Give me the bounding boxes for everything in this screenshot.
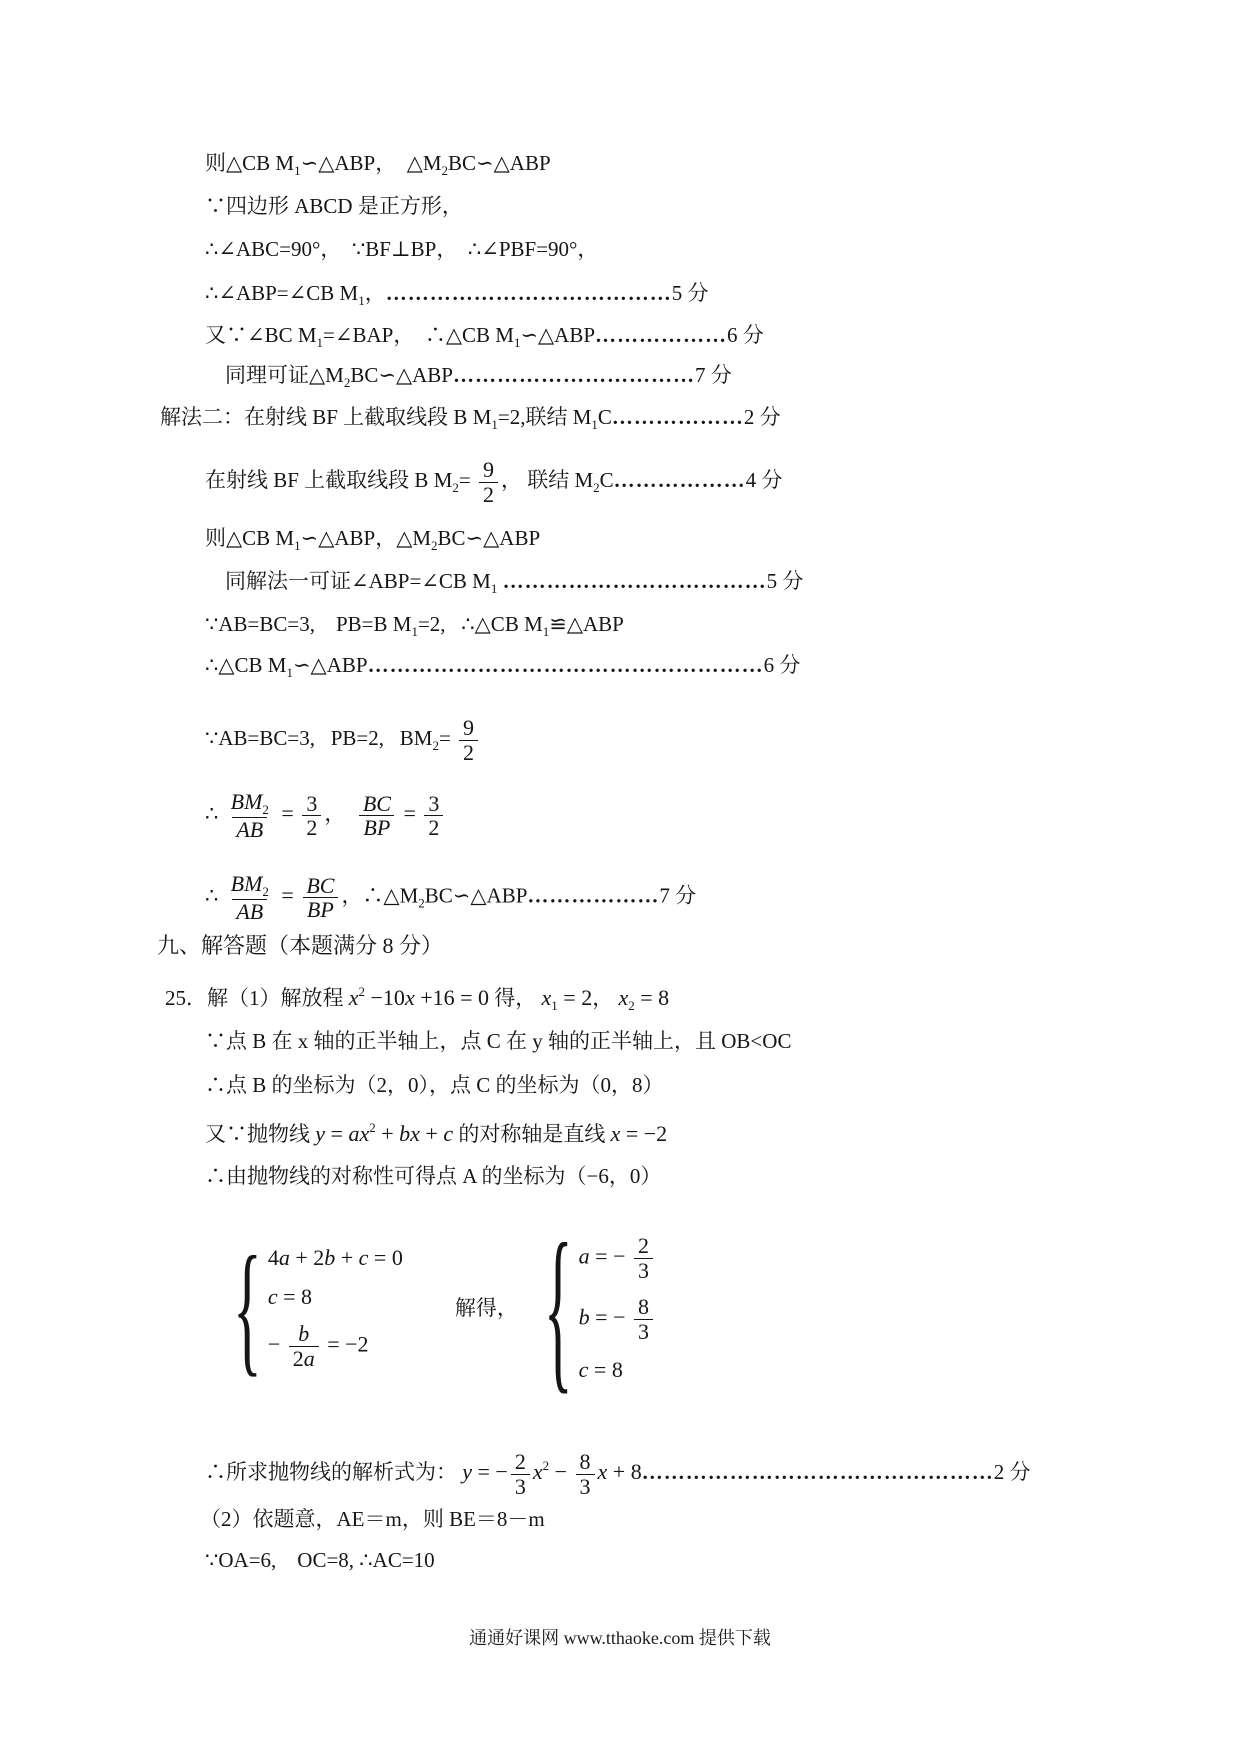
math-italic: x bbox=[533, 1459, 543, 1484]
math-roman: = − bbox=[472, 1459, 508, 1484]
denominator: 2 bbox=[459, 740, 478, 765]
numerator: 9 bbox=[459, 716, 478, 740]
math-roman: 2 bbox=[428, 815, 439, 840]
solution-line: ∵点 B 在 x 轴的正半轴上，点 C 在 y 轴的正半轴上，且 OB<OC bbox=[205, 1028, 791, 1055]
solution-line: ∵四边形 ABCD 是正方形， bbox=[205, 193, 463, 220]
text-run: =2, ∴△CB M bbox=[418, 612, 543, 636]
footer-text: 通通好课网 www.tthaoke.com 提供下载 bbox=[469, 1628, 771, 1648]
numerator: 2 bbox=[634, 1234, 653, 1258]
solution-line: 九、解答题（本题满分 8 分） bbox=[157, 932, 443, 959]
text-run: 2 分 bbox=[994, 1460, 1031, 1484]
fraction: 92 bbox=[479, 458, 498, 507]
fraction: 23 bbox=[634, 1234, 653, 1283]
solution-line: 25．解（1）解放程 x2 −10x +16 = 0 得， x1 = 2， x2… bbox=[165, 978, 669, 1019]
solution-line: 则△CB M1∽△ABP，△M2BC∽△ABP bbox=[205, 525, 540, 559]
text-run: ， bbox=[324, 802, 356, 826]
text-run: BC∽△ABP bbox=[350, 363, 453, 387]
text-run: 则△CB M bbox=[205, 151, 294, 175]
text-run: ∴ bbox=[205, 884, 224, 908]
text-run: ∽△ABP， △M bbox=[301, 151, 442, 175]
math-italic: ax bbox=[348, 1121, 369, 1146]
math-italic: c bbox=[359, 1245, 369, 1270]
text-run: BC∽△ABP bbox=[448, 151, 551, 175]
solution-line: ∴∠ABC=90°， ∵BF⊥BP， ∴∠PBF=90°， bbox=[205, 236, 598, 263]
math-roman: 8 bbox=[638, 1294, 649, 1319]
numerator: BC bbox=[359, 792, 395, 816]
math-roman: = bbox=[276, 883, 299, 908]
math-roman: = 2 bbox=[558, 985, 592, 1010]
equation-row: b = − 83 bbox=[579, 1295, 656, 1344]
math-italic: a bbox=[279, 1245, 290, 1270]
dot-leader: ……………………………………………… bbox=[368, 653, 764, 677]
math-italic: x bbox=[598, 1459, 608, 1484]
text-run: 的对称轴是直线 bbox=[453, 1122, 611, 1146]
solution-line: （2）依题意，AE＝m，则 BE＝8－m bbox=[200, 1506, 545, 1533]
solution-line: 同理可证△M2BC∽△ABP……………………………7 分 bbox=[225, 362, 732, 396]
math-roman: = −2 bbox=[620, 1121, 667, 1146]
math-italic: x bbox=[349, 985, 359, 1010]
math-italic: BM bbox=[231, 871, 263, 896]
equation-row: 4a + 2b + c = 0 bbox=[268, 1245, 403, 1270]
math-roman: 2 bbox=[293, 1346, 304, 1371]
math-roman: = 8 bbox=[588, 1357, 622, 1382]
math-italic: AB bbox=[236, 817, 263, 842]
subscript: 2 bbox=[262, 884, 269, 899]
system-left-column: 4a + 2b + c = 0c = 8− b2a = −2 bbox=[268, 1245, 403, 1370]
denominator: BP bbox=[303, 897, 338, 922]
solution-line: 解法二：在射线 BF 上截取线段 B M1=2,联结 M1C………………2 分 bbox=[160, 404, 781, 438]
text-run: ， bbox=[365, 281, 386, 305]
text-run: =2,联结 M bbox=[498, 405, 592, 429]
solution-line: 同解法一可证∠ABP=∠CB M1 ………………………………5 分 bbox=[225, 568, 803, 602]
math-roman: − bbox=[549, 1459, 572, 1484]
denominator: 2 bbox=[424, 815, 443, 840]
page-footer: 通通好课网 www.tthaoke.com 提供下载 bbox=[0, 1624, 1240, 1650]
document-page: 则△CB M1∽△ABP， △M2BC∽△ABP∵四边形 ABCD 是正方形，∴… bbox=[0, 0, 1240, 1754]
equation-system: {4a + 2b + c = 0c = 8− b2a = −2解得，{a = −… bbox=[233, 1205, 656, 1411]
math-italic: BP bbox=[307, 897, 334, 922]
denominator: 3 bbox=[634, 1258, 653, 1283]
solution-line: ∵OA=6, OC=8, ∴AC=10 bbox=[205, 1547, 435, 1574]
equation-row: − b2a = −2 bbox=[268, 1322, 403, 1371]
solution-line: ∴点 B 的坐标为（2，0），点 C 的坐标为（0，8） bbox=[205, 1072, 664, 1099]
text-run: ∴∠ABP=∠CB M bbox=[205, 281, 358, 305]
text-run: BC∽△ABP bbox=[438, 526, 541, 550]
math-italic: c bbox=[579, 1357, 589, 1382]
math-roman: + 2 bbox=[290, 1245, 324, 1270]
subscript: 2 bbox=[262, 802, 269, 817]
math-italic: bx bbox=[399, 1121, 420, 1146]
text-run: ∵点 B 在 x 轴的正半轴上，点 C 在 y 轴的正半轴上，且 OB<OC bbox=[205, 1029, 791, 1053]
numerator: 2 bbox=[511, 1450, 530, 1474]
text-run: 九、解答题（本题满分 8 分） bbox=[157, 933, 443, 958]
math-roman: 9 bbox=[463, 715, 474, 740]
text-run: = bbox=[459, 468, 476, 492]
math-italic: BC bbox=[363, 791, 391, 816]
system-right-column: a = − 23b = − 83c = 8 bbox=[579, 1234, 656, 1382]
math-roman: 3 bbox=[638, 1258, 649, 1283]
text-run: ∵OA=6, OC=8, ∴AC=10 bbox=[205, 1548, 435, 1572]
text-run: ∴由抛物线的对称性可得点 A 的坐标为（−6，0） bbox=[205, 1164, 661, 1188]
math-roman: = −2 bbox=[322, 1331, 369, 1356]
math-roman: 2 bbox=[638, 1233, 649, 1258]
numerator: 8 bbox=[576, 1450, 595, 1474]
text-run: =∠BAP， ∴△CB M bbox=[323, 323, 514, 347]
math-roman: − bbox=[268, 1331, 286, 1356]
dot-leader: ……………… bbox=[527, 884, 659, 908]
text-run: ∽△ABP bbox=[520, 323, 595, 347]
math-italic: b bbox=[298, 1321, 309, 1346]
denominator: 2 bbox=[479, 482, 498, 507]
text-run: ∽△ABP bbox=[293, 653, 368, 677]
fraction: BM2AB bbox=[227, 872, 273, 924]
fraction: 92 bbox=[459, 716, 478, 765]
math-italic: BC bbox=[306, 873, 334, 898]
fraction: 32 bbox=[302, 792, 321, 841]
math-roman: 4 bbox=[268, 1245, 279, 1270]
text-run: ∴ bbox=[205, 802, 224, 826]
solution-line: ∴∠ABP=∠CB M1，…………………………………5 分 bbox=[205, 280, 708, 314]
math-italic: x bbox=[618, 985, 628, 1010]
math-italic: b bbox=[324, 1245, 335, 1270]
denominator: 3 bbox=[511, 1474, 530, 1499]
math-roman: −10 bbox=[365, 985, 405, 1010]
text-run: 7 分 bbox=[659, 884, 696, 908]
text-run: 6 分 bbox=[764, 653, 801, 677]
math-roman: 3 bbox=[428, 791, 439, 816]
denominator: AB bbox=[232, 817, 267, 842]
denominator: 2a bbox=[289, 1346, 319, 1371]
math-roman: = bbox=[398, 801, 421, 826]
math-roman: = bbox=[325, 1121, 348, 1146]
text-run: 同解法一可证∠ABP=∠CB M bbox=[225, 569, 491, 593]
denominator: BP bbox=[359, 815, 394, 840]
numerator: 9 bbox=[479, 458, 498, 482]
text-run: 同理可证△M bbox=[225, 363, 344, 387]
math-roman: 3 bbox=[306, 791, 317, 816]
math-roman: = − bbox=[590, 1243, 631, 1268]
text-run: 解法二：在射线 BF 上截取线段 B M bbox=[160, 405, 491, 429]
numerator: 8 bbox=[634, 1295, 653, 1319]
math-roman: 2 bbox=[515, 1449, 526, 1474]
denominator: 3 bbox=[634, 1319, 653, 1344]
dot-leader: ……………… bbox=[595, 323, 727, 347]
text-run: ∴∠ABC=90°， ∵BF⊥BP， ∴∠PBF=90°， bbox=[205, 237, 598, 261]
solution-line: ∵AB=BC=3, PB=2, BM2= 92 bbox=[205, 716, 481, 765]
fraction: 83 bbox=[576, 1450, 595, 1499]
fraction: b2a bbox=[289, 1322, 319, 1371]
text-run: 又∵∠BC M bbox=[205, 323, 317, 347]
dot-leader: ………………………………………… bbox=[642, 1460, 994, 1484]
fraction: BM2AB bbox=[227, 790, 273, 842]
solution-line: ∴所求抛物线的解析式为： y = −23x2 − 83x + 8……………………… bbox=[205, 1450, 1030, 1499]
math-roman: = bbox=[276, 801, 299, 826]
math-italic: AB bbox=[236, 899, 263, 924]
math-italic: BP bbox=[363, 815, 390, 840]
math-roman: +16 = 0 bbox=[415, 985, 489, 1010]
solution-line: 又∵抛物线 y = ax2 + bx + c 的对称轴是直线 x = −2 bbox=[205, 1114, 667, 1148]
math-roman: 3 bbox=[515, 1474, 526, 1499]
fraction: BCBP bbox=[359, 792, 395, 841]
text-run: 6 分 bbox=[727, 323, 764, 347]
text-run: BC∽△ABP bbox=[425, 884, 528, 908]
text-run: ≌△ABP bbox=[549, 612, 624, 636]
numerator: BM2 bbox=[227, 790, 273, 817]
text-run: = bbox=[439, 726, 456, 750]
text-run: 7 分 bbox=[695, 363, 732, 387]
text-run: 2 分 bbox=[744, 405, 781, 429]
math-italic: c bbox=[268, 1284, 278, 1309]
math-italic: x bbox=[611, 1121, 621, 1146]
solution-line: ∴ BM2AB = BCBP，∴△M2BC∽△ABP………………7 分 bbox=[205, 872, 696, 924]
math-italic: a bbox=[579, 1243, 590, 1268]
text-run: ∴所求抛物线的解析式为： bbox=[205, 1460, 462, 1484]
equation-row: c = 8 bbox=[268, 1284, 403, 1309]
left-brace: { bbox=[233, 1235, 262, 1382]
dot-leader: …………………………… bbox=[453, 363, 695, 387]
numerator: BC bbox=[302, 874, 338, 898]
dot-leader: ……………… bbox=[612, 405, 744, 429]
text-run: 得， bbox=[489, 986, 542, 1010]
math-italic: a bbox=[304, 1346, 315, 1371]
fraction: 83 bbox=[634, 1295, 653, 1344]
text-run: ∵四边形 ABCD 是正方形， bbox=[205, 194, 463, 218]
solution-line: 又∵∠BC M1=∠BAP， ∴△CB M1∽△ABP………………6 分 bbox=[205, 322, 764, 356]
numerator: 3 bbox=[424, 792, 443, 816]
math-roman: = − bbox=[590, 1305, 631, 1330]
text-run: 则△CB M bbox=[205, 526, 294, 550]
fraction: 23 bbox=[511, 1450, 530, 1499]
math-roman: = 8 bbox=[635, 985, 669, 1010]
solution-line: ∴ BM2AB = 32， BCBP = 32 bbox=[205, 790, 446, 842]
text-run: ， 联结 M bbox=[501, 468, 593, 492]
dot-leader: ………………………………… bbox=[386, 281, 672, 305]
math-italic: x bbox=[405, 985, 415, 1010]
denominator: 2 bbox=[302, 815, 321, 840]
math-italic: y bbox=[315, 1121, 325, 1146]
math-roman: + 8 bbox=[607, 1459, 641, 1484]
fraction: 32 bbox=[424, 792, 443, 841]
numerator: b bbox=[294, 1322, 313, 1346]
text-run: ， bbox=[592, 986, 618, 1010]
math-roman: 9 bbox=[483, 457, 494, 482]
solution-line: ∴由抛物线的对称性可得点 A 的坐标为（−6，0） bbox=[205, 1163, 661, 1190]
text-run: C bbox=[600, 468, 614, 492]
text-run: ∵AB=BC=3, PB=2, BM bbox=[205, 726, 432, 750]
system-solve-label: 解得， bbox=[455, 1295, 518, 1322]
math-roman: + bbox=[335, 1245, 358, 1270]
text-run: 25．解（1）解放程 bbox=[165, 986, 349, 1010]
math-italic: y bbox=[462, 1459, 472, 1484]
text-run: 又∵抛物线 bbox=[205, 1122, 315, 1146]
math-roman: + bbox=[376, 1121, 399, 1146]
math-roman: 3 bbox=[580, 1474, 591, 1499]
text-run: 5 分 bbox=[767, 569, 804, 593]
text-run: C bbox=[598, 405, 612, 429]
equation-row: c = 8 bbox=[579, 1357, 656, 1382]
math-roman: 2 bbox=[306, 815, 317, 840]
text-run: ∵AB=BC=3, PB=B M bbox=[205, 612, 411, 636]
text-run: ∴△CB M bbox=[205, 653, 286, 677]
math-roman: 3 bbox=[638, 1319, 649, 1344]
equation-row: a = − 23 bbox=[579, 1234, 656, 1283]
math-roman: 2 bbox=[483, 482, 494, 507]
math-roman: 8 bbox=[580, 1449, 591, 1474]
text-run: ，∴△M bbox=[341, 884, 418, 908]
math-roman: + bbox=[420, 1121, 443, 1146]
denominator: AB bbox=[232, 899, 267, 924]
math-roman: = 0 bbox=[368, 1245, 402, 1270]
numerator: 3 bbox=[302, 792, 321, 816]
solution-line: ∵AB=BC=3, PB=B M1=2, ∴△CB M1≌△ABP bbox=[205, 611, 624, 645]
solution-line: 在射线 BF 上截取线段 B M2= 92， 联结 M2C………………4 分 bbox=[205, 458, 782, 507]
solution-line: 则△CB M1∽△ABP， △M2BC∽△ABP bbox=[205, 150, 551, 184]
text-run: ∴点 B 的坐标为（2，0），点 C 的坐标为（0，8） bbox=[205, 1073, 664, 1097]
text-run: 4 分 bbox=[746, 468, 783, 492]
math-roman: = 8 bbox=[278, 1284, 312, 1309]
math-italic: b bbox=[579, 1305, 590, 1330]
numerator: BM2 bbox=[227, 872, 273, 899]
dot-leader: ……………………………… bbox=[503, 569, 767, 593]
text-run: ∽△ABP，△M bbox=[301, 526, 431, 550]
math-italic: x bbox=[542, 985, 552, 1010]
fraction: BCBP bbox=[302, 874, 338, 923]
right-brace: { bbox=[544, 1217, 573, 1400]
denominator: 3 bbox=[576, 1474, 595, 1499]
math-roman: 2 bbox=[463, 740, 474, 765]
solution-line: ∴△CB M1∽△ABP………………………………………………6 分 bbox=[205, 652, 800, 686]
math-italic: c bbox=[443, 1121, 453, 1146]
text-run: 5 分 bbox=[672, 281, 709, 305]
text-run: （2）依题意，AE＝m，则 BE＝8－m bbox=[200, 1507, 545, 1531]
dot-leader: ……………… bbox=[614, 468, 746, 492]
text-run: 在射线 BF 上截取线段 B M bbox=[205, 468, 452, 492]
math-italic: BM bbox=[231, 789, 263, 814]
